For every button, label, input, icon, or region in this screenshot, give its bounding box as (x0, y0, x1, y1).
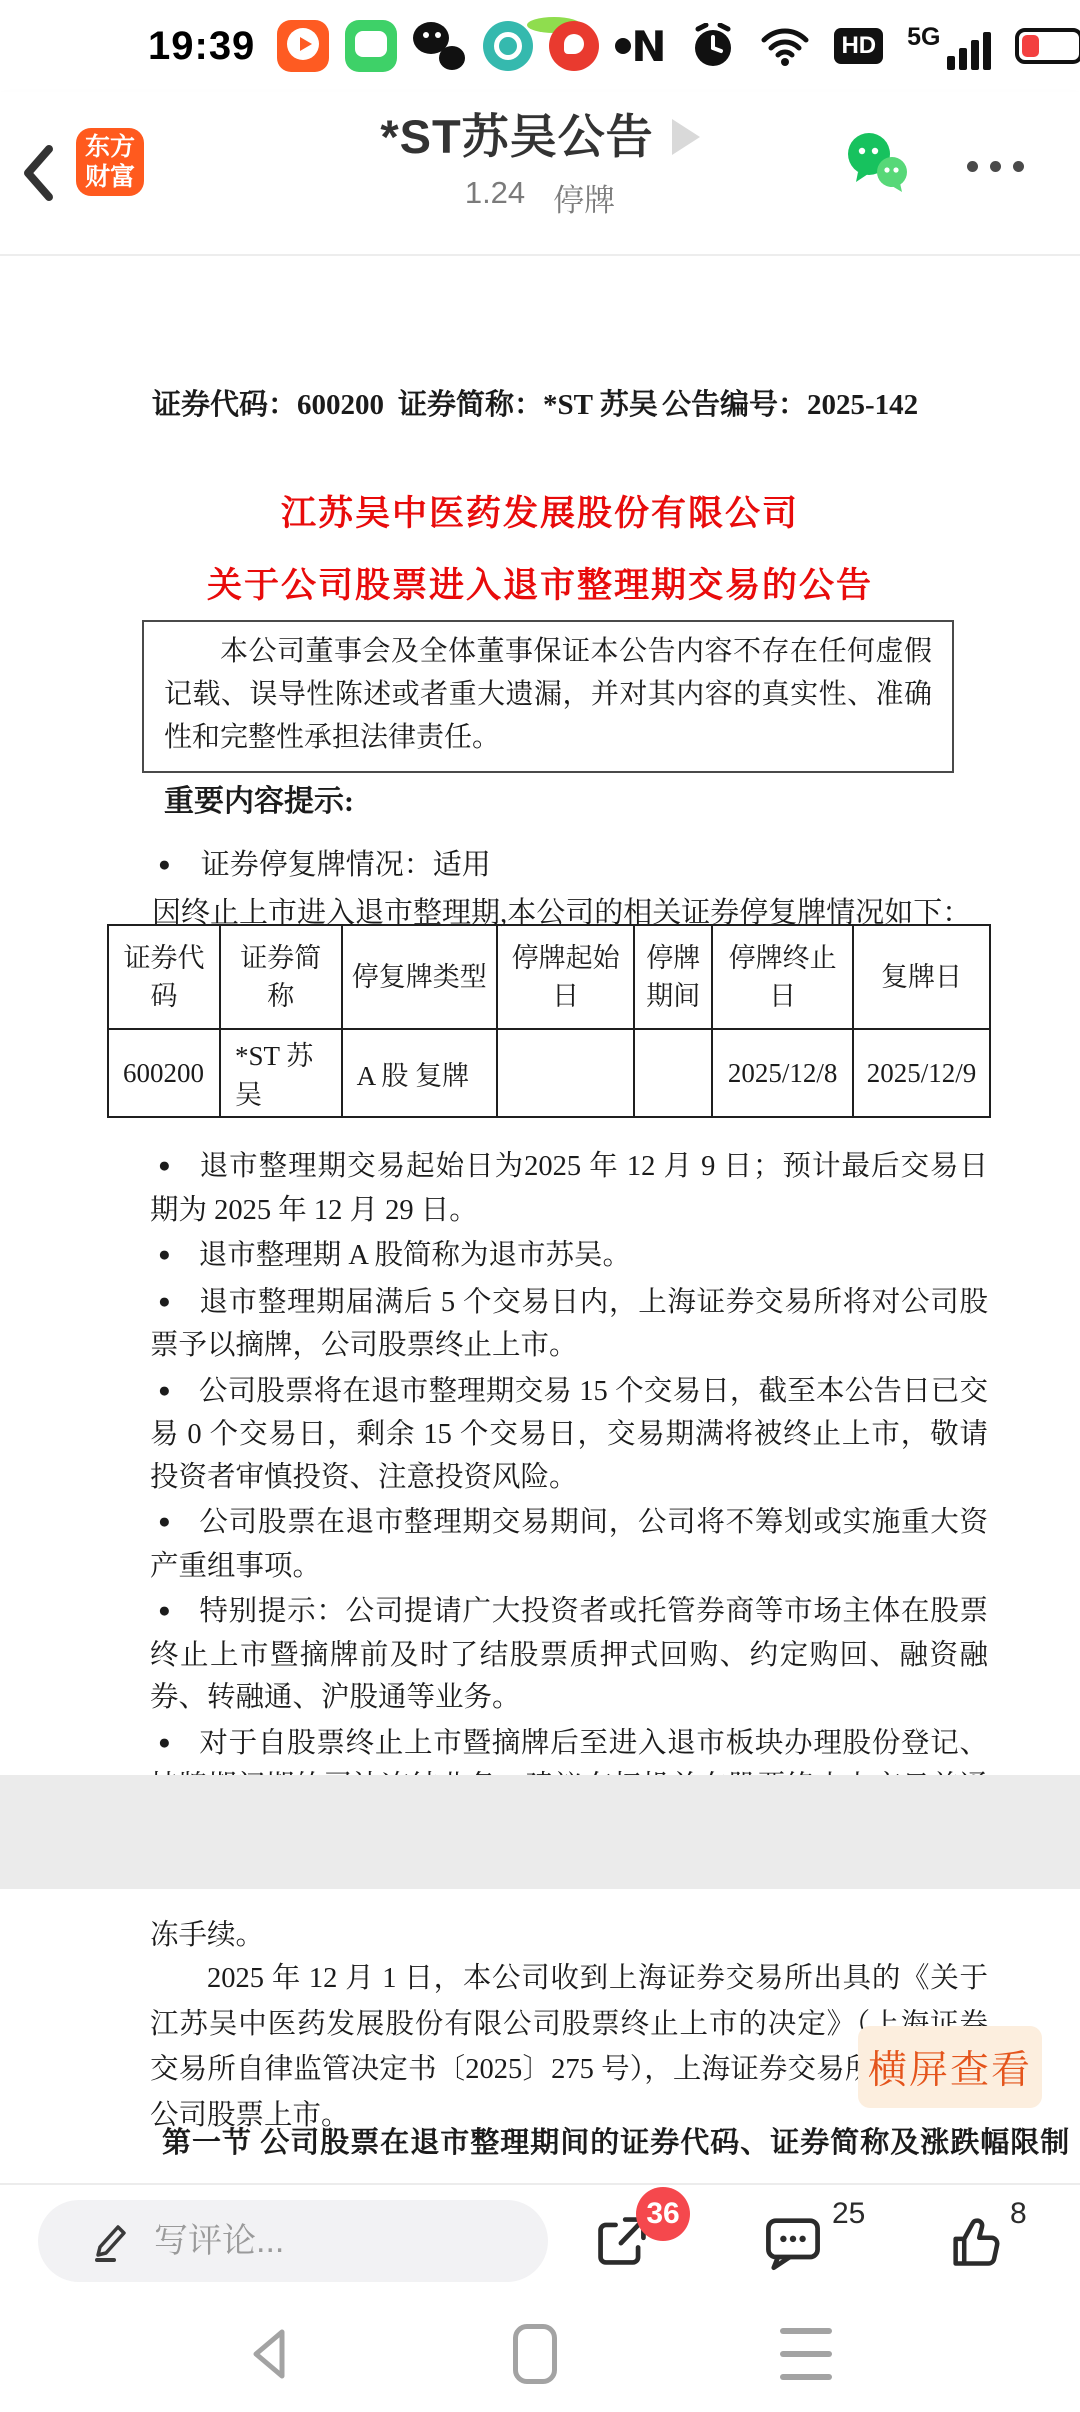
messages-app-icon (345, 20, 397, 72)
cell-period (634, 1029, 712, 1117)
pencil-icon (90, 2219, 132, 2263)
comment-count: 25 (832, 2197, 865, 2231)
header-title-block: *ST苏吴公告 1.24 停牌 (200, 100, 880, 220)
cell-end: 2025/12/8 (712, 1029, 853, 1117)
page-title: *ST苏吴公告 (380, 100, 653, 167)
bullet-item: 退市整理期交易起始日为2025 年 12 月 9 日；预计最后交易日期为 202… (150, 1146, 988, 1232)
bullet-list: 退市整理期交易起始日为2025 年 12 月 9 日；预计最后交易日期为 202… (150, 1146, 988, 1854)
cell-code: 600200 (108, 1029, 220, 1117)
share-badge: 36 (636, 2187, 690, 2241)
cell-start (497, 1029, 634, 1117)
header-cell: 复牌日 (853, 925, 990, 1029)
cell-type: A 股 复牌 (342, 1029, 497, 1117)
clock-text: 19:39 (148, 24, 255, 69)
disclaimer-text: 本公司董事会及全体董事保证本公告内容不存在任何虚假记载、误导性陈述或者重大遗漏，… (164, 630, 932, 759)
system-status-icons: N HD 5G (631, 22, 1080, 71)
comment-icon (762, 2211, 824, 2271)
alarm-icon (690, 23, 736, 69)
bullet-item: 退市整理期 A 股简称为退市苏吴。 (150, 1235, 988, 1279)
power-app-icon (483, 21, 533, 71)
nav-recent-button[interactable] (780, 2328, 832, 2380)
android-nav-bar (0, 2295, 1080, 2412)
header-cell: 停牌终止日 (712, 925, 853, 1029)
status-bar: 19:39 N HD 5G (0, 0, 1080, 92)
red-app-icon (549, 21, 599, 71)
security-code: 证券代码：600200 (152, 382, 384, 423)
notification-dot-icon (615, 38, 631, 54)
bullet-item: 公司股票将在退市整理期交易 15 个交易日，截至本公告日已交易 0 个交易日，剩… (150, 1371, 988, 1500)
bullet-item: 特别提示：公司提请广大投资者或托管券商等市场主体在股票终止上市暨摘牌前及时了结股… (150, 1591, 988, 1720)
hd-icon: HD (834, 28, 883, 64)
battery-icon (1015, 28, 1080, 64)
app-header: 东方 财富 *ST苏吴公告 1.24 停牌 (0, 92, 1080, 256)
wechat-share-button[interactable] (842, 128, 914, 200)
stock-status: 停牌 (553, 175, 615, 220)
landscape-view-button[interactable]: 横屏查看 (858, 2026, 1042, 2108)
back-button[interactable] (10, 138, 66, 208)
nav-back-button[interactable] (248, 2326, 290, 2382)
announcement-document: 证券代码：600200 证券简称：*ST 苏吴 公告编号：2025-142 江苏… (0, 256, 1080, 2185)
announcement-number: 公告编号：2025-142 (662, 382, 918, 423)
header-cell: 证券代码 (108, 925, 220, 1029)
disclaimer-box: 本公司董事会及全体董事保证本公告内容不存在任何虚假记载、误导性陈述或者重大遗漏，… (142, 620, 954, 773)
stock-price: 1.24 (465, 175, 525, 220)
wifi-icon (760, 24, 810, 68)
eastmoney-logo: 东方 财富 (76, 128, 144, 196)
comment-input-pill[interactable] (38, 2200, 548, 2282)
page2-lead: 冻手续。 (150, 1912, 264, 1953)
header-cell: 停复牌类型 (342, 925, 497, 1029)
tip-bullet: 证券停复牌情况：适用 (158, 842, 491, 883)
stock-subtitle: 1.24 停牌 (200, 175, 880, 220)
thumbs-up-icon (946, 2211, 1006, 2271)
table-row: 600200 *ST 苏吴 A 股 复牌 2025/12/8 2025/12/9 (108, 1029, 990, 1117)
header-cell: 停牌起始日 (497, 925, 634, 1029)
header-cell: 停牌期间 (634, 925, 712, 1029)
suspension-table: 证券代码 证券简称 停复牌类型 停牌起始日 停牌期间 停牌终止日 复牌日 600… (107, 924, 991, 1118)
play-audio-icon[interactable] (672, 119, 700, 155)
bullet-item: 公司股票在退市整理期交易期间，公司将不筹划或实施重大资产重组事项。 (150, 1502, 988, 1588)
cell-resume: 2025/12/9 (853, 1029, 990, 1117)
notification-icons (277, 20, 631, 72)
tips-heading: 重要内容提示: (164, 776, 354, 820)
signal-icon: 5G (907, 23, 990, 70)
bottom-action-bar: 36 25 8 (0, 2183, 1080, 2295)
section-heading: 第一节 公司股票在退市整理期间的证券代码、证券简称及涨跌幅限制 (162, 2120, 1070, 2161)
nfc-icon: N (631, 22, 666, 71)
back-chevron-icon (20, 142, 56, 204)
page-separator (0, 1775, 1080, 1889)
comment-button[interactable]: 25 (762, 2185, 824, 2297)
bullet-item: 退市整理期届满后 5 个交易日内，上海证券交易所将对公司股票予以摘牌，公司股票终… (150, 1282, 988, 1368)
like-count: 8 (1010, 2197, 1027, 2231)
nav-home-button[interactable] (513, 2324, 557, 2384)
wechat-notification-icon (413, 20, 467, 72)
share-button[interactable]: 36 (592, 2185, 652, 2297)
header-cell: 证券简称 (220, 925, 342, 1029)
security-name: 证券简称：*ST 苏吴 (398, 382, 658, 423)
comment-input[interactable] (154, 2222, 484, 2261)
announcement-title: 关于公司股票进入退市整理期交易的公告 (0, 558, 1080, 608)
like-button[interactable]: 8 (946, 2185, 1006, 2297)
more-menu-button[interactable] (967, 154, 1024, 178)
table-header-row: 证券代码 证券简称 停复牌类型 停牌起始日 停牌期间 停牌终止日 复牌日 (108, 925, 990, 1029)
video-app-icon (277, 20, 329, 72)
cell-name: *ST 苏吴 (220, 1029, 342, 1117)
company-title: 江苏吴中医药发展股份有限公司 (0, 486, 1080, 536)
